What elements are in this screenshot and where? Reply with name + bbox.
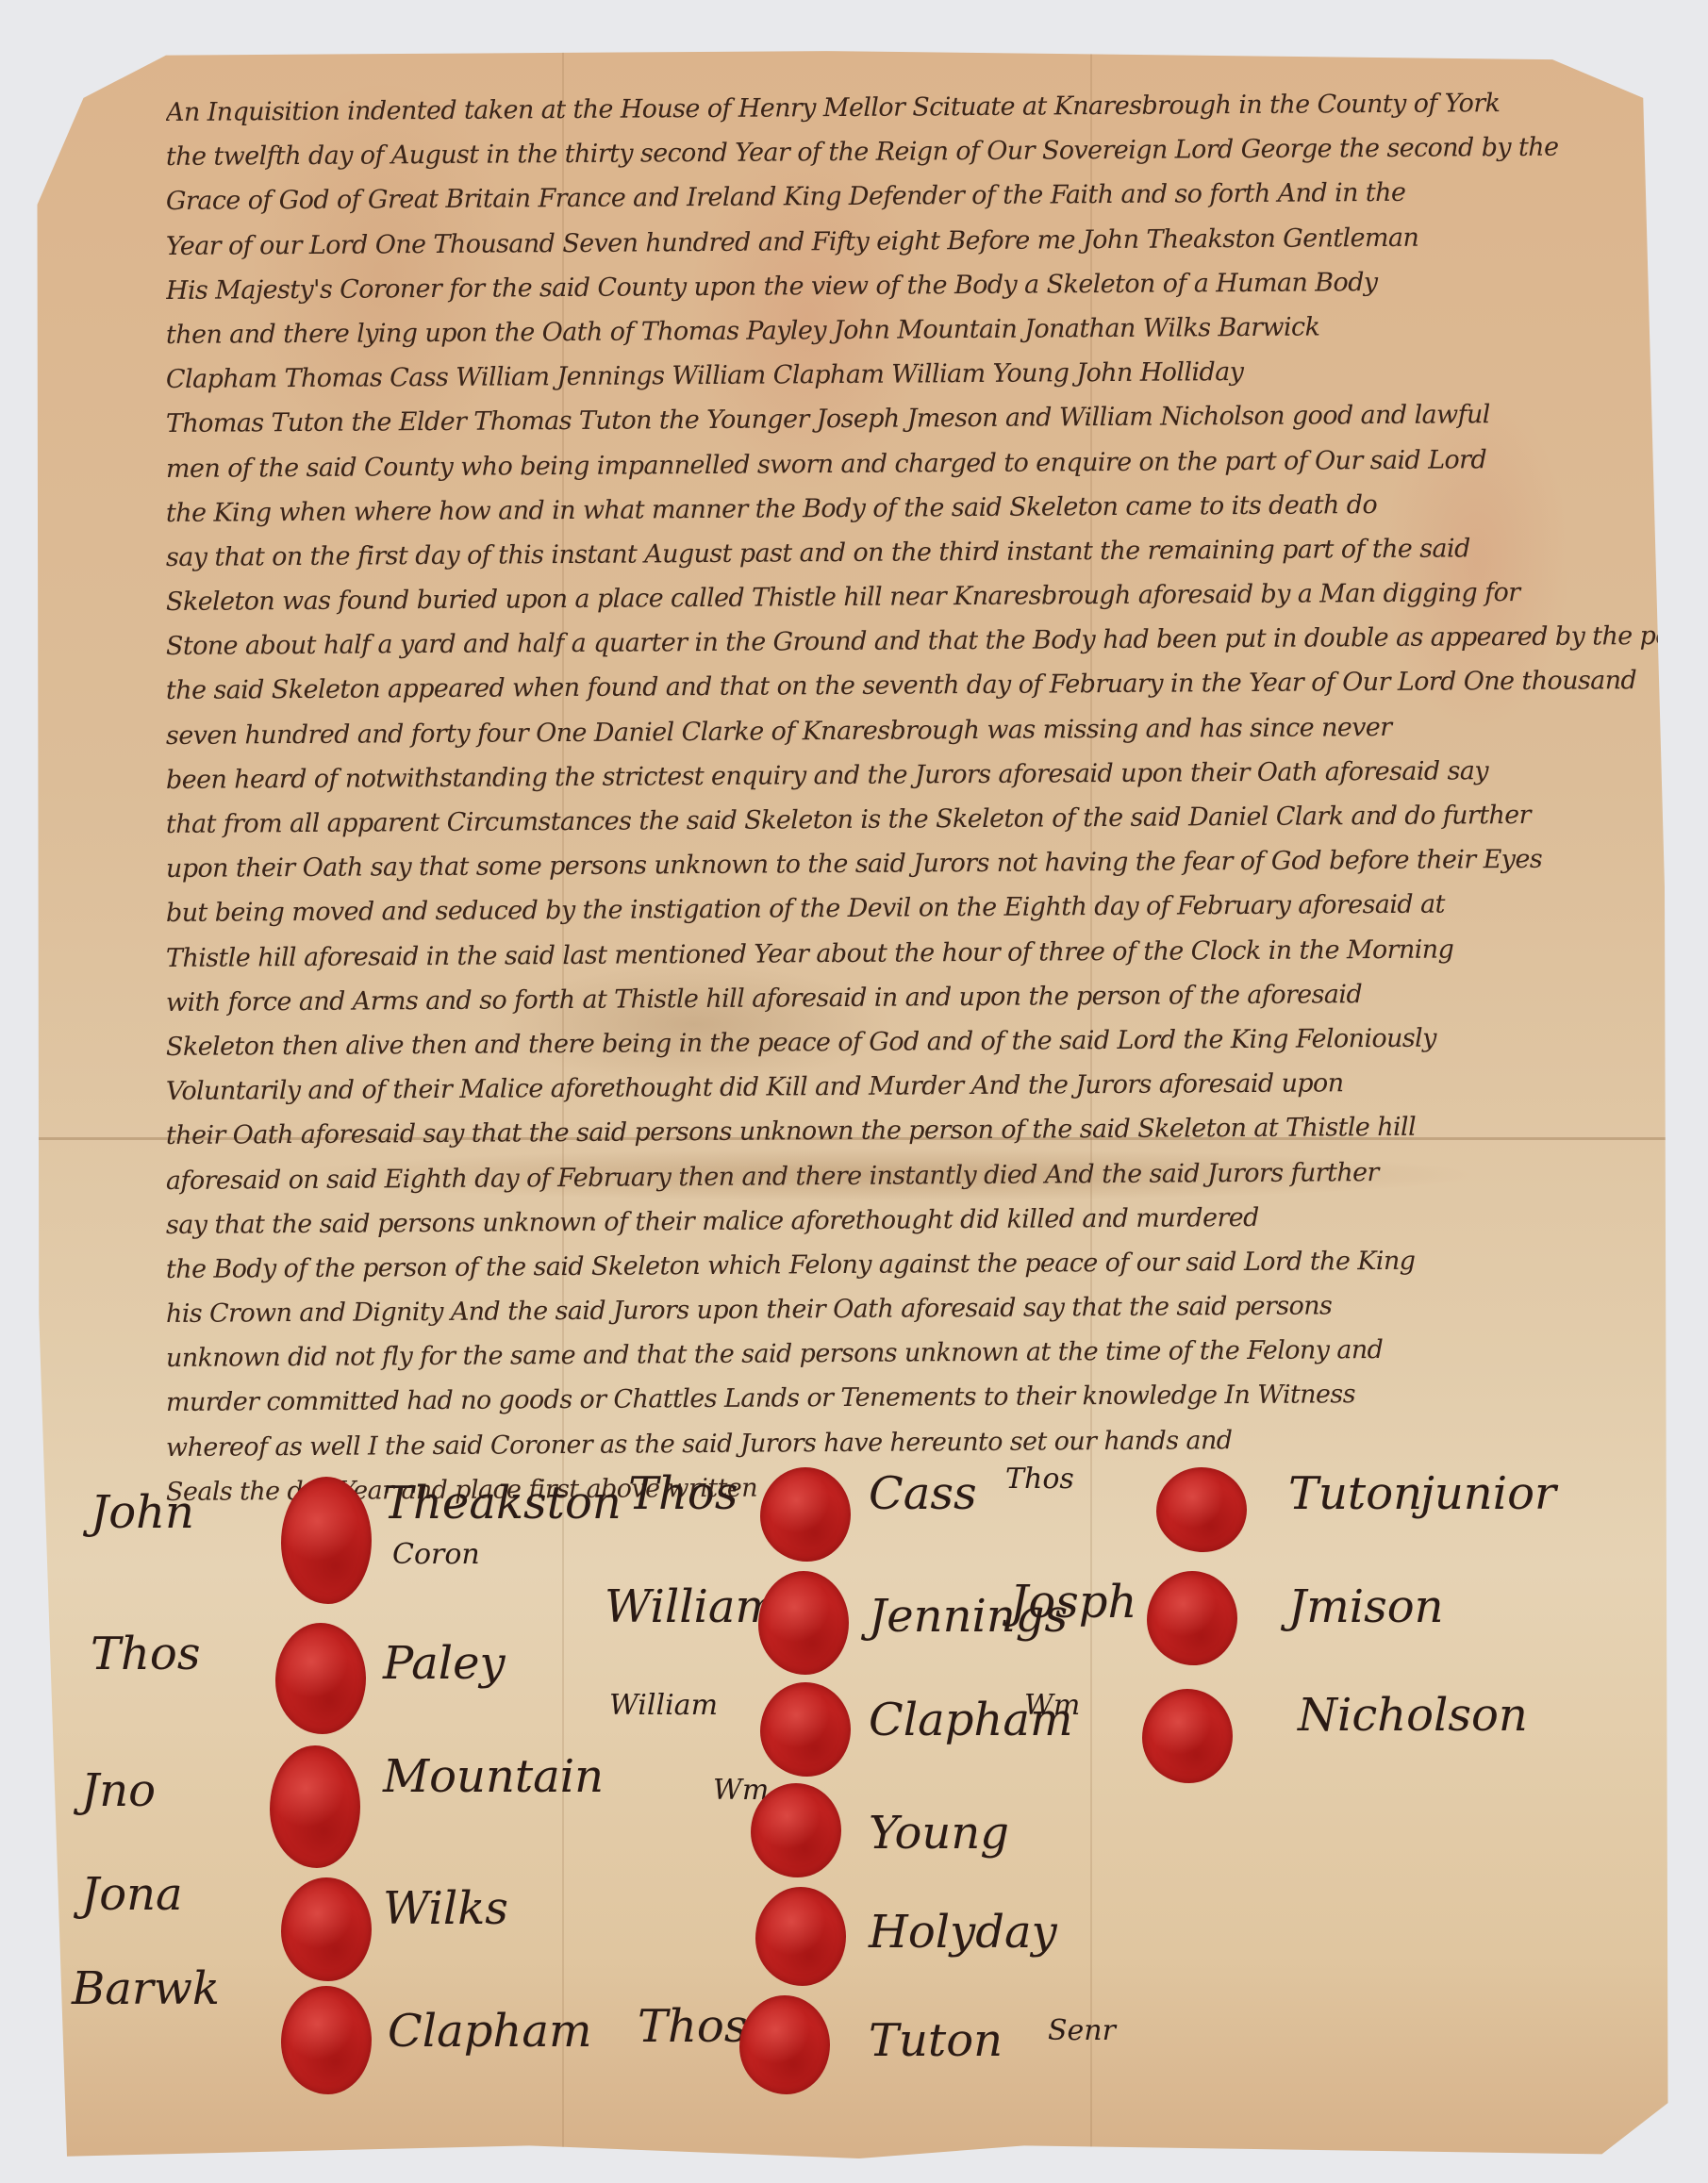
wax-seal [751, 1783, 841, 1877]
wax-seal [755, 1887, 846, 1986]
signature-first-name: Wm [1024, 1689, 1080, 1722]
signature-last-name: Clapham [388, 2005, 591, 2058]
signature-last-name: Cass [869, 1467, 977, 1520]
signature-last-name: Holyday [869, 1906, 1057, 1959]
inquisition-text: An Inquisition indented taken at the Hou… [166, 91, 1666, 1514]
wax-seal [760, 1682, 851, 1777]
signature-first-name: Barwk [72, 1962, 220, 2015]
wax-seal [1147, 1571, 1237, 1665]
signature-block: John Theakston Coron Thos Paley Jno Moun… [34, 1448, 1684, 2165]
signature-last-name: Young [869, 1807, 1009, 1860]
wax-seal [1142, 1689, 1233, 1783]
signature-last-name: Paley [383, 1637, 506, 1690]
document-page: An Inquisition indented taken at the Hou… [34, 34, 1684, 2167]
signature-suffix: Senr [1048, 2014, 1116, 2047]
wax-seal [281, 1877, 372, 1981]
signature-first-name: Thos [628, 1467, 738, 1520]
signature-last-name: Tuton [1288, 1467, 1422, 1520]
signature-suffix: junior [1420, 1467, 1556, 1520]
wax-seal [270, 1745, 360, 1868]
signature-last-name: Mountain [383, 1750, 604, 1803]
wax-seal [281, 1986, 372, 2094]
signature-first-name: Jona [81, 1868, 183, 1921]
wax-seal [275, 1623, 366, 1734]
signature-first-name: John [91, 1486, 194, 1539]
wax-seal [760, 1467, 851, 1562]
wax-seal [1156, 1467, 1247, 1552]
wax-seal [739, 1995, 830, 2094]
signature-first-name: Josph [1010, 1576, 1136, 1629]
signature-first-name: William [605, 1580, 778, 1633]
signature-first-name: Thos [1005, 1463, 1074, 1496]
signature-last-name: Tuton [869, 2014, 1003, 2067]
signature-last-name: Jmison [1288, 1580, 1444, 1633]
signature-first-name: William [609, 1689, 718, 1722]
signature-title: Coron [392, 1538, 480, 1571]
wax-seal [758, 1571, 849, 1675]
signature-first-name: Thos [638, 2000, 747, 2053]
signature-first-name: Jno [81, 1764, 156, 1817]
signature-last-name: Wilks [383, 1882, 508, 1935]
signature-first-name: Thos [91, 1628, 200, 1680]
signature-last-name: Theakston [383, 1477, 622, 1530]
wax-seal [281, 1477, 372, 1604]
signature-last-name: Nicholson [1298, 1689, 1528, 1742]
